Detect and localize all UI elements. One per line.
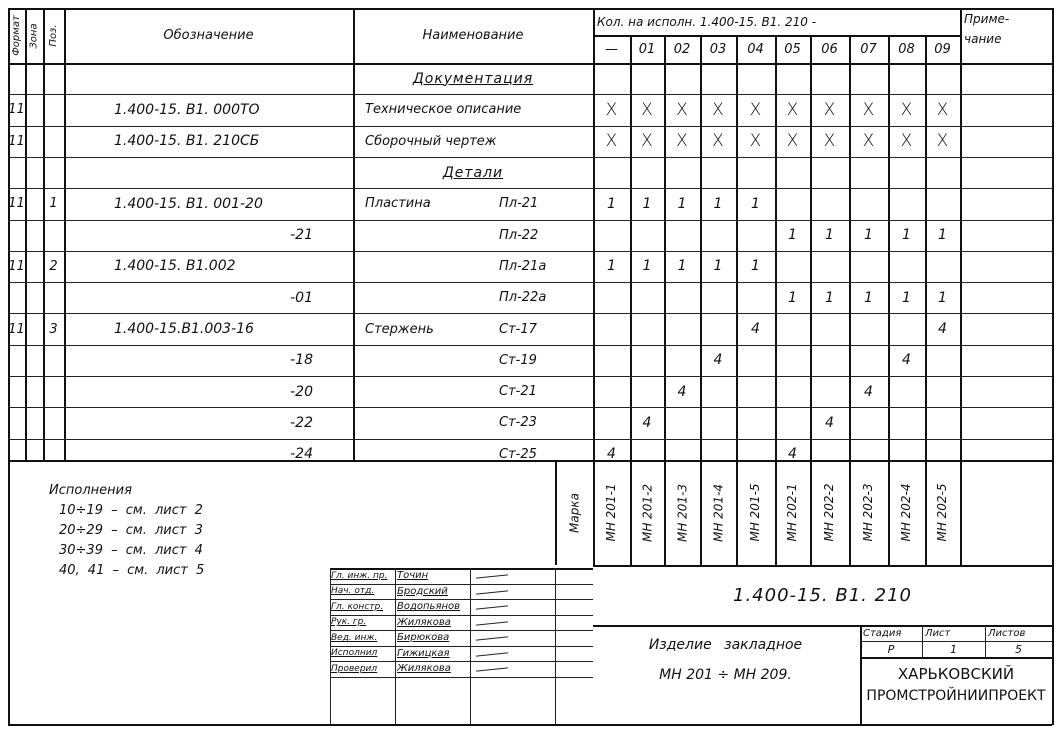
qty-cell: 1 — [925, 220, 960, 251]
cell-format — [8, 63, 25, 94]
qty-cell: X — [925, 94, 960, 125]
qty-cell: X — [630, 126, 664, 157]
signature-name: Точин — [395, 568, 470, 584]
mark-value: МН 201-5 — [736, 465, 775, 560]
cell-format: 11 — [8, 126, 25, 157]
cell-pos — [43, 282, 64, 313]
qty-cell — [593, 313, 630, 344]
qty-cell: 1 — [664, 188, 700, 219]
qty-cell: 1 — [849, 282, 888, 313]
qty-cell — [775, 188, 810, 219]
cell-note — [960, 220, 1052, 251]
cell-note — [960, 251, 1052, 282]
qty-cell — [810, 345, 849, 376]
cell-pos — [43, 407, 64, 438]
qty-cell — [736, 282, 775, 313]
qty-cell: 4 — [925, 313, 960, 344]
cell-pos: 3 — [43, 313, 64, 344]
qty-cell — [630, 282, 664, 313]
qty-cell — [925, 63, 960, 94]
signature-role: Гл. инж. пр. — [330, 568, 395, 584]
cell-note — [960, 439, 1052, 470]
grid-line — [8, 724, 1052, 726]
variant-header-0: — — [593, 35, 630, 63]
mark-value: МН 201-3 — [664, 465, 700, 560]
qty-cell — [700, 313, 736, 344]
qty-cell — [593, 376, 630, 407]
qty-cell: X — [775, 126, 810, 157]
qty-cell — [593, 220, 630, 251]
variant-header-3: 03 — [700, 35, 736, 63]
qty-cell — [925, 188, 960, 219]
notes-title: Исполнения — [45, 480, 245, 500]
signature-scribble — [476, 636, 508, 640]
qty-cell: X — [593, 94, 630, 125]
cell-name — [353, 251, 483, 282]
qty-cell: X — [849, 126, 888, 157]
qty-cell — [664, 313, 700, 344]
qty-cell — [664, 63, 700, 94]
cell-note — [960, 345, 1052, 376]
variant-header-7: 07 — [849, 35, 888, 63]
mark-value: МН 201-4 — [700, 465, 736, 560]
qty-cell — [925, 345, 960, 376]
cell-name-suffix: Пл-21 — [493, 188, 593, 219]
qty-cell — [775, 157, 810, 188]
qty-cell — [736, 157, 775, 188]
qty-cell — [775, 251, 810, 282]
qty-cell — [664, 157, 700, 188]
mark-value: МН 202-2 — [810, 465, 849, 560]
signature-name: Жиляковa — [395, 615, 470, 631]
cell-format: 11 — [8, 188, 25, 219]
qty-cell — [736, 407, 775, 438]
notes-line: 20÷29 – см. лист 3 — [55, 520, 315, 540]
qty-cell: X — [849, 94, 888, 125]
qty-cell — [664, 220, 700, 251]
signature-scribble — [476, 574, 508, 578]
cell-format: 11 — [8, 94, 25, 125]
notes-line: 10÷19 – см. лист 2 — [55, 500, 315, 520]
cell-name-suffix: Пл-22 — [493, 220, 593, 251]
variant-header-9: 09 — [925, 35, 960, 63]
qty-cell: 4 — [810, 407, 849, 438]
qty-cell — [849, 188, 888, 219]
signature-role: Нач. отд. — [330, 584, 395, 600]
variant-header-8: 08 — [888, 35, 925, 63]
cell-zone — [25, 157, 43, 188]
cell-designation: 1.400-15. В1. 001-20 — [64, 188, 353, 219]
cell-designation — [64, 157, 353, 188]
qty-cell — [630, 345, 664, 376]
cell-zone — [25, 220, 43, 251]
cell-name — [353, 407, 483, 438]
qty-cell: 4 — [888, 345, 925, 376]
qty-cell: 1 — [736, 188, 775, 219]
signature-scribble — [476, 652, 508, 656]
cell-format — [8, 282, 25, 313]
variant-header-2: 02 — [664, 35, 700, 63]
cell-name-suffix: Ст-23 — [493, 407, 593, 438]
qty-cell — [593, 63, 630, 94]
qty-cell — [664, 345, 700, 376]
cell-designation: -20 — [64, 376, 353, 407]
signature-name: Бирюкова — [395, 630, 470, 646]
qty-cell: 1 — [664, 251, 700, 282]
header-note-line1: Приме- — [960, 10, 1052, 28]
cell-designation: -21 — [64, 220, 353, 251]
qty-cell — [888, 188, 925, 219]
qty-cell — [810, 157, 849, 188]
qty-cell — [775, 376, 810, 407]
qty-cell — [630, 63, 664, 94]
cell-format — [8, 345, 25, 376]
cell-designation: 1.400-15. В1.002 — [64, 251, 353, 282]
cell-format: 11 — [8, 251, 25, 282]
qty-cell: X — [593, 126, 630, 157]
cell-note — [960, 94, 1052, 125]
cell-designation — [64, 63, 353, 94]
cell-format: 11 — [8, 313, 25, 344]
qty-cell — [925, 157, 960, 188]
product-name-line1: Изделие закладное — [593, 630, 858, 660]
mark-value: МН 201-1 — [593, 465, 630, 560]
mark-value: МН 202-3 — [849, 465, 888, 560]
cell-name: Пластина — [353, 188, 483, 219]
variant-header-4: 04 — [736, 35, 775, 63]
cell-pos — [43, 345, 64, 376]
qty-cell — [925, 376, 960, 407]
qty-cell: 4 — [736, 313, 775, 344]
cell-name-suffix: Ст-17 — [493, 313, 593, 344]
qty-cell: X — [664, 126, 700, 157]
header-format: Формат — [8, 8, 25, 63]
qty-cell: X — [700, 126, 736, 157]
qty-cell: 1 — [775, 220, 810, 251]
header-zone: Зона — [25, 8, 43, 63]
qty-cell — [888, 407, 925, 438]
qty-cell — [849, 63, 888, 94]
cell-designation: -01 — [64, 282, 353, 313]
qty-cell — [849, 345, 888, 376]
cell-zone — [25, 376, 43, 407]
qty-cell — [888, 376, 925, 407]
qty-cell — [593, 407, 630, 438]
cell-pos — [43, 220, 64, 251]
cell-note — [960, 157, 1052, 188]
qty-cell — [810, 63, 849, 94]
mark-value: МН 202-5 — [925, 465, 960, 560]
qty-cell: 4 — [630, 407, 664, 438]
qty-cell: 1 — [888, 220, 925, 251]
qty-cell — [664, 282, 700, 313]
cell-designation: -24 — [64, 439, 353, 470]
qty-cell: X — [888, 94, 925, 125]
cell-zone — [25, 251, 43, 282]
qty-cell: 1 — [810, 282, 849, 313]
cell-name — [353, 220, 483, 251]
cell-note — [960, 188, 1052, 219]
qty-cell — [925, 251, 960, 282]
header-name: Наименование — [353, 8, 593, 63]
cell-note — [960, 63, 1052, 94]
qty-cell — [630, 313, 664, 344]
qty-cell — [775, 345, 810, 376]
cell-name — [353, 345, 483, 376]
qty-cell — [700, 282, 736, 313]
signature-scribble — [476, 621, 508, 625]
cell-zone — [25, 439, 43, 470]
qty-cell — [810, 376, 849, 407]
cell-note — [960, 126, 1052, 157]
cell-format — [8, 376, 25, 407]
qty-cell — [775, 313, 810, 344]
qty-cell: 1 — [810, 220, 849, 251]
cell-note — [960, 407, 1052, 438]
cell-pos — [43, 126, 64, 157]
cell-format — [8, 220, 25, 251]
qty-cell: 1 — [775, 282, 810, 313]
product-name-line2: МН 201 ÷ МН 209. — [593, 660, 858, 690]
signature-name: Водопьянов — [395, 599, 470, 615]
cell-designation: 1.400-15. В1. 210СБ — [64, 126, 353, 157]
qty-cell — [810, 313, 849, 344]
cell-zone — [25, 407, 43, 438]
cell-pos: 1 — [43, 188, 64, 219]
cell-pos — [43, 376, 64, 407]
header-qty-title: Кол. на исполн. 1.400-15. В1. 210 - — [593, 8, 960, 35]
header-pos: Поз. — [43, 8, 64, 63]
grid-line — [330, 677, 593, 678]
variant-header-1: 01 — [630, 35, 664, 63]
qty-cell: 1 — [593, 251, 630, 282]
qty-cell — [593, 282, 630, 313]
qty-cell: 1 — [700, 188, 736, 219]
cell-note — [960, 376, 1052, 407]
cell-pos — [43, 157, 64, 188]
qty-cell — [888, 313, 925, 344]
signature-scribble — [476, 667, 508, 671]
cell-zone — [25, 63, 43, 94]
qty-cell: X — [775, 94, 810, 125]
mark-value: МН 201-2 — [630, 465, 664, 560]
variant-header-5: 05 — [775, 35, 810, 63]
cell-designation: 1.400-15.В1.003-16 — [64, 313, 353, 344]
stage-label: Стадия — [860, 625, 922, 641]
qty-cell: X — [925, 126, 960, 157]
qty-cell — [593, 345, 630, 376]
stage-value: Р — [860, 641, 922, 657]
sheets-label: Листов — [985, 625, 1052, 641]
signature-name: Жиляковa — [395, 661, 470, 677]
qty-cell: 4 — [700, 345, 736, 376]
qty-cell — [849, 407, 888, 438]
qty-cell — [630, 220, 664, 251]
qty-cell — [593, 157, 630, 188]
variant-header-6: 06 — [810, 35, 849, 63]
cell-designation: 1.400-15. В1. 000ТО — [64, 94, 353, 125]
cell-zone — [25, 345, 43, 376]
qty-cell — [736, 63, 775, 94]
cell-pos — [43, 63, 64, 94]
qty-cell — [775, 407, 810, 438]
signature-role: Вед. инж. — [330, 630, 395, 646]
header-note-line2: чание — [960, 30, 1052, 48]
qty-cell: 1 — [630, 251, 664, 282]
qty-cell — [700, 63, 736, 94]
qty-cell — [849, 251, 888, 282]
qty-cell — [736, 345, 775, 376]
section-heading: Детали — [353, 157, 593, 188]
cell-pos — [43, 94, 64, 125]
cell-zone — [25, 313, 43, 344]
cell-name: Техническое описание — [353, 94, 483, 125]
signature-role: Рук. гр. — [330, 615, 395, 631]
qty-cell — [736, 376, 775, 407]
qty-cell: 4 — [849, 376, 888, 407]
cell-format — [8, 157, 25, 188]
cell-zone — [25, 94, 43, 125]
qty-cell — [700, 157, 736, 188]
organization-line1: ХАРЬКОВСКИЙ — [860, 664, 1052, 684]
cell-designation: -18 — [64, 345, 353, 376]
cell-name-suffix: Пл-21а — [493, 251, 593, 282]
cell-zone — [25, 282, 43, 313]
grid-line — [860, 657, 1052, 659]
signature-name: Гижицкая — [395, 646, 470, 662]
qty-cell: X — [736, 126, 775, 157]
cell-zone — [25, 126, 43, 157]
mark-value: МН 202-1 — [775, 465, 810, 560]
qty-cell — [700, 376, 736, 407]
grid-line — [8, 460, 1052, 462]
cell-name-suffix: Ст-19 — [493, 345, 593, 376]
sheets-value: 5 — [985, 641, 1052, 657]
qty-cell — [700, 407, 736, 438]
cell-name: Сборочный чертеж — [353, 126, 483, 157]
qty-cell: 1 — [925, 282, 960, 313]
cell-name-suffix: Ст-21 — [493, 376, 593, 407]
cell-pos — [43, 439, 64, 470]
signature-role: Исполнил — [330, 646, 395, 662]
signature-scribble — [476, 605, 508, 609]
qty-cell: 1 — [630, 188, 664, 219]
mark-label: Марка — [555, 465, 593, 560]
cell-name — [353, 282, 483, 313]
cell-format — [8, 439, 25, 470]
signature-name: Бродский — [395, 584, 470, 600]
cell-name-suffix: Пл-22а — [493, 282, 593, 313]
cell-zone — [25, 188, 43, 219]
cell-name — [353, 439, 483, 470]
qty-cell — [810, 188, 849, 219]
qty-cell: 4 — [664, 376, 700, 407]
qty-cell — [630, 157, 664, 188]
notes-line: 40, 41 – см. лист 5 — [55, 560, 315, 580]
qty-cell — [630, 376, 664, 407]
qty-cell — [736, 220, 775, 251]
qty-cell: X — [664, 94, 700, 125]
qty-cell — [925, 407, 960, 438]
qty-cell — [700, 220, 736, 251]
cell-pos: 2 — [43, 251, 64, 282]
signature-role: Проверил — [330, 661, 395, 677]
qty-cell — [888, 157, 925, 188]
qty-cell: X — [810, 126, 849, 157]
document-code: 1.400-15. В1. 210 — [593, 565, 1052, 625]
cell-name: Стержень — [353, 313, 483, 344]
signature-scribble — [476, 590, 508, 594]
qty-cell — [810, 251, 849, 282]
cell-format — [8, 407, 25, 438]
notes-line: 30÷39 – см. лист 4 — [55, 540, 315, 560]
qty-cell: X — [630, 94, 664, 125]
qty-cell — [849, 157, 888, 188]
grid-line — [1052, 8, 1054, 725]
cell-note — [960, 313, 1052, 344]
qty-cell — [849, 313, 888, 344]
organization-line2: ПРОМСТРОЙНИИПРОЕКТ — [860, 684, 1052, 708]
qty-cell: X — [736, 94, 775, 125]
qty-cell: 1 — [593, 188, 630, 219]
qty-cell — [888, 251, 925, 282]
qty-cell — [888, 63, 925, 94]
qty-cell — [664, 407, 700, 438]
cell-note — [960, 282, 1052, 313]
sheet-label: Лист — [922, 625, 985, 641]
qty-cell: X — [700, 94, 736, 125]
signature-role: Гл. констр. — [330, 599, 395, 615]
qty-cell: X — [888, 126, 925, 157]
qty-cell: X — [810, 94, 849, 125]
cell-name — [353, 376, 483, 407]
cell-designation: -22 — [64, 407, 353, 438]
qty-cell: 1 — [888, 282, 925, 313]
sheet-value: 1 — [922, 641, 985, 657]
header-designation: Обозначение — [64, 8, 353, 63]
qty-cell: 1 — [849, 220, 888, 251]
section-heading: Документация — [353, 63, 593, 94]
qty-cell: 1 — [700, 251, 736, 282]
qty-cell: 1 — [736, 251, 775, 282]
qty-cell — [775, 63, 810, 94]
mark-value: МН 202-4 — [888, 465, 925, 560]
